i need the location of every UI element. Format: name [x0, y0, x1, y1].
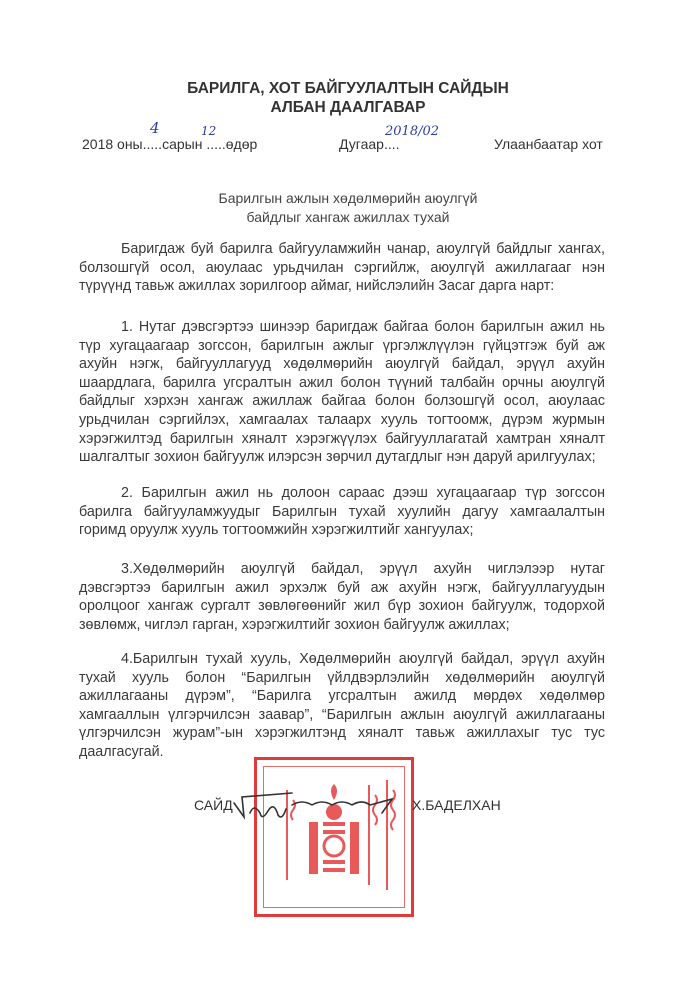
directive-item-2: 2. Барилгын ажил нь долоон сараас дээш х… [79, 484, 605, 540]
signatory-title: САЙД [194, 797, 233, 813]
directive-item-3: 3.Хөдөлмөрийн аюулгүй байдал, эрүүл ахуй… [79, 560, 605, 634]
official-seal-stamp [254, 757, 414, 917]
directive-item-1: 1. Нутаг дэвсгэртээ шинээр баригдаж байг… [79, 318, 605, 467]
signatory-name: Х.БАДЕЛХАН [412, 797, 501, 813]
intro-paragraph: Баригдаж буй барилга байгууламжийн чанар… [79, 240, 605, 296]
handwritten-number: 2018/02 [385, 124, 439, 139]
date-field: 2018 оны.....сарын .....өдөр [82, 136, 257, 152]
directive-item-4: 4.Барилгын тухай хууль, Хөдөлмөрийн аюул… [79, 650, 605, 762]
handwritten-month: 4 [150, 119, 160, 137]
subject-line2: байдлыг хангаж ажиллах тухай [0, 208, 696, 226]
handwritten-day: 12 [201, 124, 216, 138]
document-title-line2: АЛБАН ДААЛГАВАР [0, 99, 696, 117]
city-label: Улаанбаатар хот [494, 136, 603, 152]
subject-line1: Барилгын ажлын хөдөлмөрийн аюулгүй [0, 189, 696, 207]
handwritten-signature-icon [232, 783, 402, 828]
document-title-line1: БАРИЛГА, ХОТ БАЙГУУЛАЛТЫН САЙДЫН [0, 80, 696, 98]
